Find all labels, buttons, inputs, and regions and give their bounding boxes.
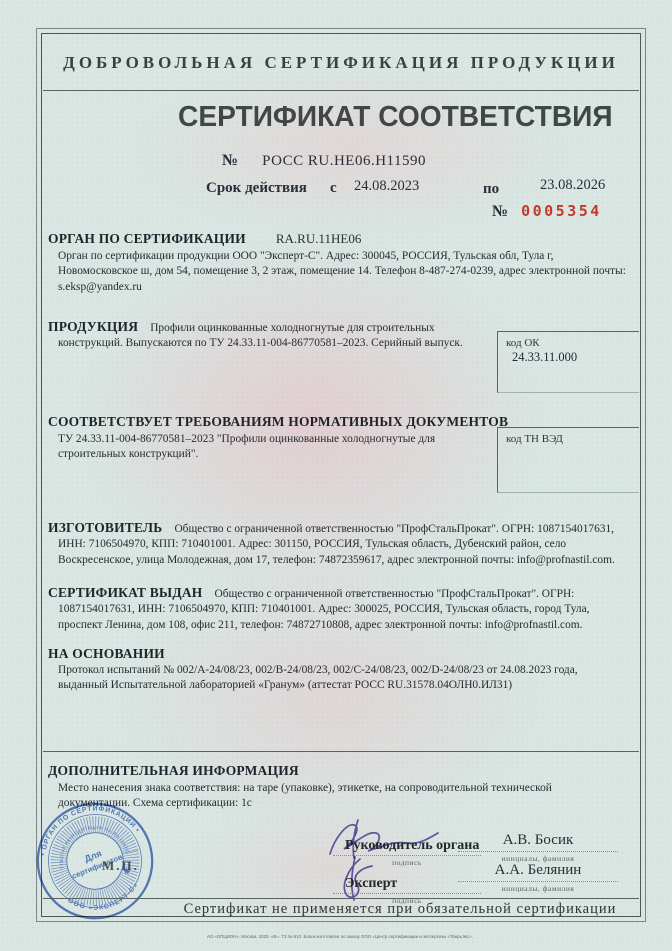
manufacturer-section-title: ИЗГОТОВИТЕЛЬ bbox=[48, 520, 162, 535]
issued-section-title: СЕРТИФИКАТ ВЫДАН bbox=[48, 585, 203, 600]
expert-role-label: Эксперт bbox=[345, 876, 397, 892]
manufacturer-section: ИЗГОТОВИТЕЛЬОбщество с ограниченной отве… bbox=[48, 519, 628, 568]
place-of-seal-mark: М.П. bbox=[102, 858, 139, 874]
head-name-line bbox=[458, 851, 618, 852]
code-tnved-box: код ТН ВЭД bbox=[497, 427, 639, 493]
basis-section-title: НА ОСНОВАНИИ bbox=[48, 646, 165, 662]
validity-from-date: 24.08.2023 bbox=[354, 178, 419, 195]
expert-name: А.А. Белянин bbox=[458, 862, 618, 879]
footer-note: Сертификат не применяется при обязательн… bbox=[42, 901, 640, 918]
expert-name-line bbox=[458, 881, 618, 882]
reg-number-value: РОСС RU.НЕ06.Н11590 bbox=[262, 153, 426, 169]
head-name: А.В. Босик bbox=[458, 832, 618, 849]
registration-number-row: № РОСС RU.НЕ06.Н11590 bbox=[222, 152, 426, 170]
form-number-value: 0005354 bbox=[521, 202, 602, 220]
organ-accreditation-code: RA.RU.11НЕ06 bbox=[276, 231, 361, 246]
issued-section: СЕРТИФИКАТ ВЫДАНОбщество с ограниченной … bbox=[48, 584, 628, 633]
program-title: ДОБРОВОЛЬНАЯ СЕРТИФИКАЦИЯ ПРОДУКЦИИ bbox=[63, 53, 619, 73]
certification-program-header: ДОБРОВОЛЬНАЯ СЕРТИФИКАЦИЯ ПРОДУКЦИИ bbox=[43, 35, 639, 91]
production-section-title: ПРОДУКЦИЯ bbox=[48, 319, 138, 334]
code-ok-label: код ОК bbox=[498, 332, 639, 349]
code-tnved-label: код ТН ВЭД bbox=[498, 428, 639, 445]
expert-signature-line bbox=[333, 893, 481, 894]
footer-divider bbox=[43, 898, 639, 899]
expert-name-caption: инициалы, фамилия bbox=[458, 884, 618, 893]
section-divider bbox=[43, 751, 639, 752]
basis-body: Протокол испытаний № 002/А-24/08/23, 002… bbox=[58, 663, 630, 694]
print-shop-text: АО «ОПЦИОН». Москва. 2020. «В». ТЗ № 610… bbox=[207, 934, 473, 939]
organ-title-row: ОРГАН ПО СЕРТИФИКАЦИИ RA.RU.11НЕ06 bbox=[48, 230, 361, 248]
organ-section-title: ОРГАН ПО СЕРТИФИКАЦИИ bbox=[48, 231, 246, 246]
validity-label: Срок действия bbox=[206, 180, 307, 197]
form-number-row: № 0005354 bbox=[492, 202, 602, 221]
document-title: СЕРТИФИКАТ СООТВЕТСТВИЯ bbox=[51, 101, 631, 134]
print-shop-info: АО «ОПЦИОН». Москва. 2020. «В». ТЗ № 610… bbox=[36, 926, 644, 944]
compliance-body: ТУ 24.33.11-004-86770581–2023 "Профили о… bbox=[58, 432, 483, 463]
validity-from-label: с bbox=[330, 180, 337, 197]
code-ok-value: 24.33.11.000 bbox=[498, 350, 639, 365]
form-number-sign: № bbox=[492, 203, 508, 220]
additional-section-title: ДОПОЛНИТЕЛЬНАЯ ИНФОРМАЦИЯ bbox=[48, 763, 299, 779]
code-ok-box: код ОК 24.33.11.000 bbox=[497, 331, 639, 393]
validity-to-date: 23.08.2026 bbox=[540, 177, 605, 194]
production-section: ПРОДУКЦИЯПрофили оцинкованные холодногну… bbox=[48, 318, 495, 352]
reg-number-sign: № bbox=[222, 152, 238, 169]
compliance-section-title: СООТВЕТСТВУЕТ ТРЕБОВАНИЯМ НОРМАТИВНЫХ ДО… bbox=[48, 414, 508, 430]
validity-to-label: по bbox=[483, 181, 499, 198]
organ-body: Орган по сертификации продукции ООО "Экс… bbox=[58, 249, 630, 295]
certificate-page: ДОБРОВОЛЬНАЯ СЕРТИФИКАЦИЯ ПРОДУКЦИИ СЕРТ… bbox=[0, 0, 672, 951]
